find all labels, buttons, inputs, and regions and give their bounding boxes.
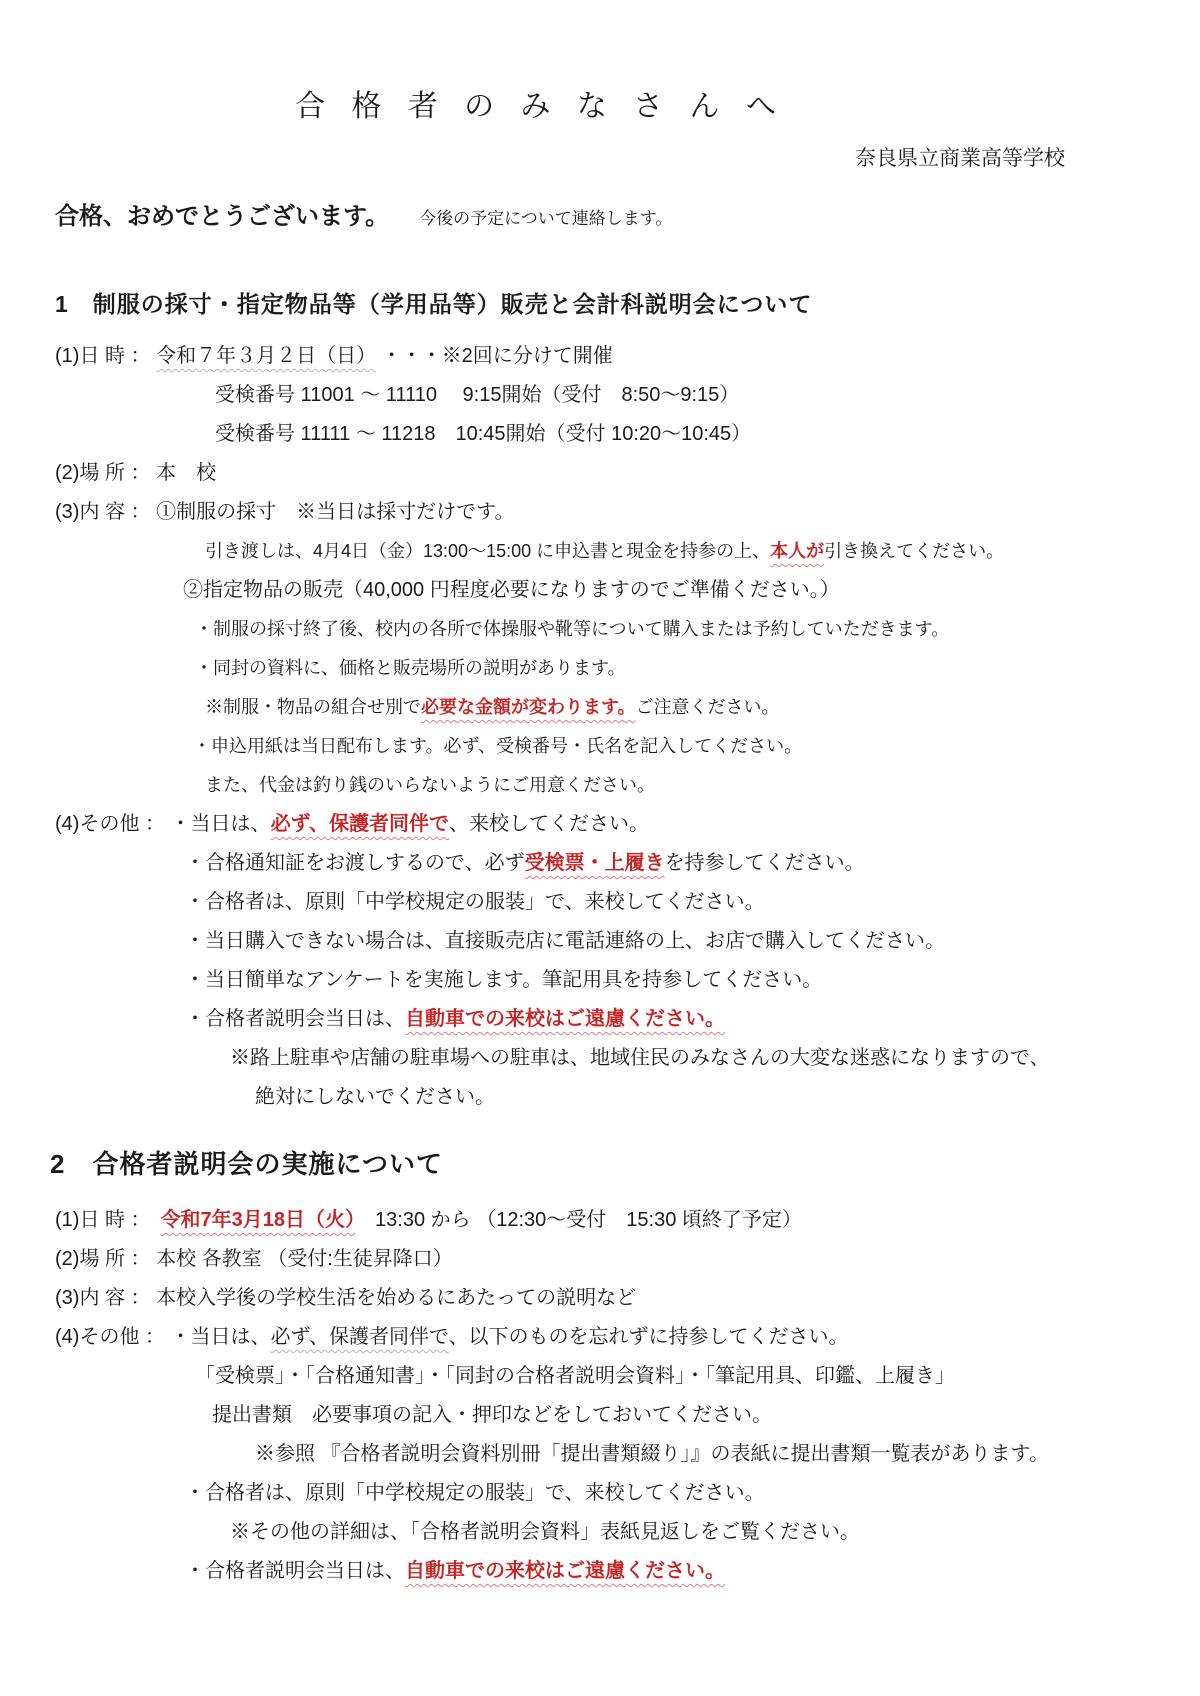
text-line: ・制服の採寸終了後、校内の各所で体操服や靴等について購入または予約していただきま… — [195, 610, 1200, 649]
section-1-heading: 1 制服の採寸・指定物品等（学用品等）販売と会計科説明会について — [55, 287, 1200, 321]
greeting-text: 合格、おめでとうございます。 — [55, 196, 389, 231]
text-line: 提出書類 必要事項の記入・押印などをしておいてください。 — [212, 1396, 1200, 1435]
text-run: (3)内 容 ： ①制服の採寸 ※当日は採寸だけです。 — [55, 501, 515, 523]
text-line: ・当日簡単なアンケートを実施します。筆記用具を持参してください。 — [185, 961, 1200, 1000]
text-run: を持参してください。 — [665, 852, 865, 874]
text-line: (4)その他 ： ・当日は、必ず、保護者同伴で、以下のものを忘れずに持参してくだ… — [55, 1318, 1200, 1357]
text-run: 絶対にしないでください。 — [255, 1086, 495, 1108]
text-run: ・申込用紙は当日配布します。必ず、受検番号・氏名を記入してください。 — [193, 736, 802, 756]
text-run: 提出書類 必要事項の記入・押印などをしておいてください。 — [212, 1404, 772, 1426]
text-line: ・同封の資料に、価格と販売場所の説明があります。 — [195, 649, 1200, 688]
text-run: ・合格通知証をお渡しするので、必ず — [185, 852, 525, 874]
text-run: 、以下のものを忘れずに持参してください。 — [449, 1326, 849, 1348]
text-run: ※参照 『合格者説明会資料別冊「提出書類綴り」』の表紙に提出書類一覧表があります… — [255, 1443, 1049, 1465]
section-2: 2 合格者説明会の実施について (1)日 時 ： 令和7年3月18日（火） 13… — [0, 1143, 1200, 1591]
text-line: ・合格者は、原則「中学校規定の服装」で、来校してください。 — [185, 883, 1200, 922]
text-run: また、代金は釣り銭のいらないようにご用意ください。 — [205, 775, 655, 795]
red-highlight-text: 受検票・上履き — [525, 852, 665, 874]
text-run: (1)日 時 ： — [55, 1209, 161, 1231]
text-line: (2)場 所 ： 本 校 — [55, 454, 1200, 493]
text-line: (1)日 時 ： 令和7年3月18日（火） 13:30 から （12:30～受付… — [55, 1201, 1200, 1240]
notice-title: 合 格 者 の み な さ ん へ — [0, 84, 1200, 130]
text-line: ※その他の詳細は、「合格者説明会資料」表紙見返しをご覧ください。 — [230, 1513, 1200, 1552]
text-line: 受検番号 11001 ～ 11110 9:15開始（受付 8:50～9:15） — [215, 376, 1200, 415]
text-run: (4)その他 ： ・当日は、 — [55, 1326, 271, 1348]
text-run: ・合格者説明会当日は、 — [185, 1560, 405, 1582]
text-line: ・当日購入できない場合は、直接販売店に電話連絡の上、お店で購入してください。 — [185, 922, 1200, 961]
text-line: (4)その他 ： ・当日は、必ず、保護者同伴で、来校してください。 — [55, 805, 1200, 844]
text-run: 13:30 から （12:30～受付 15:30 頃終了予定） — [355, 1209, 802, 1231]
greeting-note: 今後の予定について連絡します。 — [419, 204, 672, 229]
text-line: (2)場 所 ： 本校 各教室 （受付:生徒昇降口） — [55, 1240, 1200, 1279]
text-run: (1)日 時 ： — [55, 345, 156, 367]
text-run: 引き渡しは、4月4日（金）13:00～15:00 に申込書と現金を持参の上、 — [205, 541, 770, 561]
red-highlight-text: 令和7年3月18日（火） — [161, 1209, 356, 1231]
text-run: ・合格者は、原則「中学校規定の服装」で、来校してください。 — [185, 891, 765, 913]
text-run: (2)場 所 ： 本校 各教室 （受付:生徒昇降口） — [55, 1248, 453, 1270]
text-line: (3)内 容 ： 本校入学後の学校生活を始めるにあたっての説明など — [55, 1279, 1200, 1318]
wavy-underlined-text: 令和７年３月２日（日） — [156, 345, 376, 367]
text-line: ②指定物品の販売（40,000 円程度必要になりますのでご準備ください。） — [183, 571, 1200, 610]
text-run: (2)場 所 ： 本 校 — [55, 462, 216, 484]
text-run: ・当日簡単なアンケートを実施します。筆記用具を持参してください。 — [185, 969, 822, 991]
text-line: ※路上駐車や店舗の駐車場への駐車は、地域住民のみなさんの大変な迷惑になりますので… — [230, 1039, 1200, 1078]
text-run: 、来校してください。 — [449, 813, 649, 835]
school-name: 奈良県立商業高等学校 — [0, 144, 1200, 174]
section-1: 1 制服の採寸・指定物品等（学用品等）販売と会計科説明会について (1)日 時 … — [0, 287, 1200, 1117]
text-run: ②指定物品の販売（40,000 円程度必要になりますのでご準備ください。） — [183, 579, 840, 601]
section-2-body: (1)日 時 ： 令和7年3月18日（火） 13:30 から （12:30～受付… — [55, 1201, 1200, 1591]
text-run: 受検番号 11001 ～ 11110 9:15開始（受付 8:50～9:15） — [215, 384, 739, 406]
red-highlight-text: 必要な金額が変わります。 — [421, 697, 636, 717]
text-line: 引き渡しは、4月4日（金）13:00～15:00 に申込書と現金を持参の上、本人… — [205, 532, 1200, 571]
text-run: 引き換えてください。 — [824, 541, 1004, 561]
text-run: ・合格者は、原則「中学校規定の服装」で、来校してください。 — [185, 1482, 765, 1504]
red-highlight-text: 自動車での来校はご遠慮ください。 — [405, 1008, 725, 1030]
text-run: ※その他の詳細は、「合格者説明会資料」表紙見返しをご覧ください。 — [230, 1521, 860, 1543]
text-run: (3)内 容 ： 本校入学後の学校生活を始めるにあたっての説明など — [55, 1287, 636, 1309]
text-line: 絶対にしないでください。 — [255, 1078, 1200, 1117]
red-highlight-text: 自動車での来校はご遠慮ください。 — [405, 1560, 725, 1582]
text-run: ・合格者説明会当日は、 — [185, 1008, 405, 1030]
text-run: 受検番号 11111 ～ 11218 10:45開始（受付 10:20～10:4… — [215, 423, 751, 445]
text-line: 「受検票」・「合格通知書」・「同封の合格者説明会資料」・「筆記用具、印鑑、上履き… — [195, 1357, 1200, 1396]
text-run: ・同封の資料に、価格と販売場所の説明があります。 — [195, 658, 626, 678]
red-highlight-text: 本人が — [770, 541, 824, 561]
text-line: ・合格者説明会当日は、自動車での来校はご遠慮ください。 — [185, 1000, 1200, 1039]
wavy-underlined-text: 必ず、保護者同伴で — [271, 1326, 449, 1348]
text-line: ・合格者は、原則「中学校規定の服装」で、来校してください。 — [185, 1474, 1200, 1513]
greeting-row: 合格、おめでとうございます。 今後の予定について連絡します。 — [55, 196, 1200, 231]
text-run: ・制服の採寸終了後、校内の各所で体操服や靴等について購入または予約していただきま… — [195, 619, 949, 639]
text-line: 受検番号 11111 ～ 11218 10:45開始（受付 10:20～10:4… — [215, 415, 1200, 454]
text-run: ※路上駐車や店舗の駐車場への駐車は、地域住民のみなさんの大変な迷惑になりますので… — [230, 1047, 1050, 1069]
text-line: ・合格通知証をお渡しするので、必ず受検票・上履きを持参してください。 — [185, 844, 1200, 883]
text-run: ・当日購入できない場合は、直接販売店に電話連絡の上、お店で購入してください。 — [185, 930, 945, 952]
section-1-body: (1)日 時 ： 令和７年３月２日（日） ・・・※2回に分けて開催受検番号 11… — [55, 337, 1200, 1117]
text-line: ※参照 『合格者説明会資料別冊「提出書類綴り」』の表紙に提出書類一覧表があります… — [255, 1435, 1200, 1474]
text-run: (4)その他 ： ・当日は、 — [55, 813, 271, 835]
text-line: (1)日 時 ： 令和７年３月２日（日） ・・・※2回に分けて開催 — [55, 337, 1200, 376]
section-2-heading: 2 合格者説明会の実施について — [50, 1143, 1200, 1185]
text-run: 「受検票」・「合格通知書」・「同封の合格者説明会資料」・「筆記用具、印鑑、上履き… — [195, 1365, 955, 1387]
text-run: ご注意ください。 — [636, 697, 780, 717]
text-run: ※制服・物品の組合せ別で — [205, 697, 421, 717]
red-highlight-text: 必ず、保護者同伴で — [271, 813, 449, 835]
document-page: 合 格 者 の み な さ ん へ 奈良県立商業高等学校 合格、おめでとうござい… — [0, 0, 1200, 1696]
text-line: ・合格者説明会当日は、自動車での来校はご遠慮ください。 — [185, 1552, 1200, 1591]
text-line: ・申込用紙は当日配布します。必ず、受検番号・氏名を記入してください。 — [193, 727, 1200, 766]
text-line: (3)内 容 ： ①制服の採寸 ※当日は採寸だけです。 — [55, 493, 1200, 532]
text-line: また、代金は釣り銭のいらないようにご用意ください。 — [205, 766, 1200, 805]
text-run: ・・・※2回に分けて開催 — [376, 345, 613, 367]
text-line: ※制服・物品の組合せ別で必要な金額が変わります。ご注意ください。 — [205, 688, 1200, 727]
